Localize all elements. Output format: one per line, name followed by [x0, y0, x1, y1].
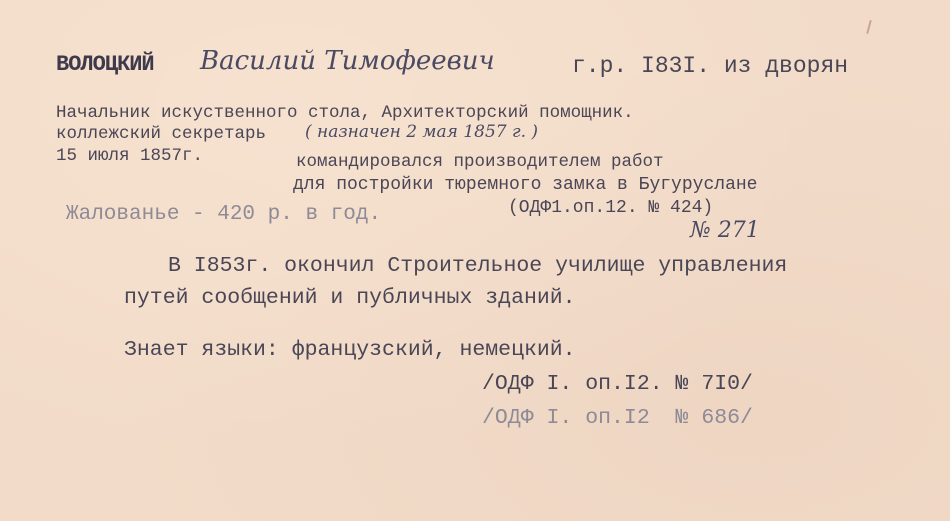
assignment-line-2: для постройки тюремного замка в Бугурусл… — [293, 175, 757, 195]
archive-reference-1: /ОДФ I. оп.I2. № 7I0/ — [482, 372, 753, 396]
assignment-date: 15 июля 1857г. — [56, 146, 203, 166]
handwritten-number: № 271 — [690, 218, 760, 243]
surname: ВОЛОЦКИЙ — [56, 52, 154, 77]
languages: Знает языки: французский, немецкий. — [124, 338, 576, 362]
assignment-reference: (ОДФ1.оп.12. № 424) — [508, 198, 713, 218]
handwritten-rank-note: ( назначен 2 мая 1857 г. ) — [305, 122, 538, 142]
education-line-1: В I853г. окончил Строительное училище уп… — [168, 254, 787, 278]
salary: Жалованье - 420 р. в год. — [66, 203, 381, 226]
position-line: Начальник искуственного стола, Архитекто… — [56, 103, 634, 123]
archive-reference-2: /ОДФ I. оп.I2 № 686/ — [482, 406, 753, 430]
rank: коллежский секретарь — [56, 124, 266, 144]
birth-info: г.р. I83I. из дворян — [572, 53, 848, 79]
archive-index-card: ВОЛОЦКИЙ Василий Тимофеевич г.р. I83I. и… — [0, 0, 950, 521]
handwritten-given-name: Василий Тимофеевич — [200, 46, 495, 76]
paper-mark — [866, 20, 872, 34]
assignment-line-1: командировался производителем работ — [296, 152, 664, 172]
education-line-2: путей сообщений и публичных зданий. — [124, 286, 576, 310]
